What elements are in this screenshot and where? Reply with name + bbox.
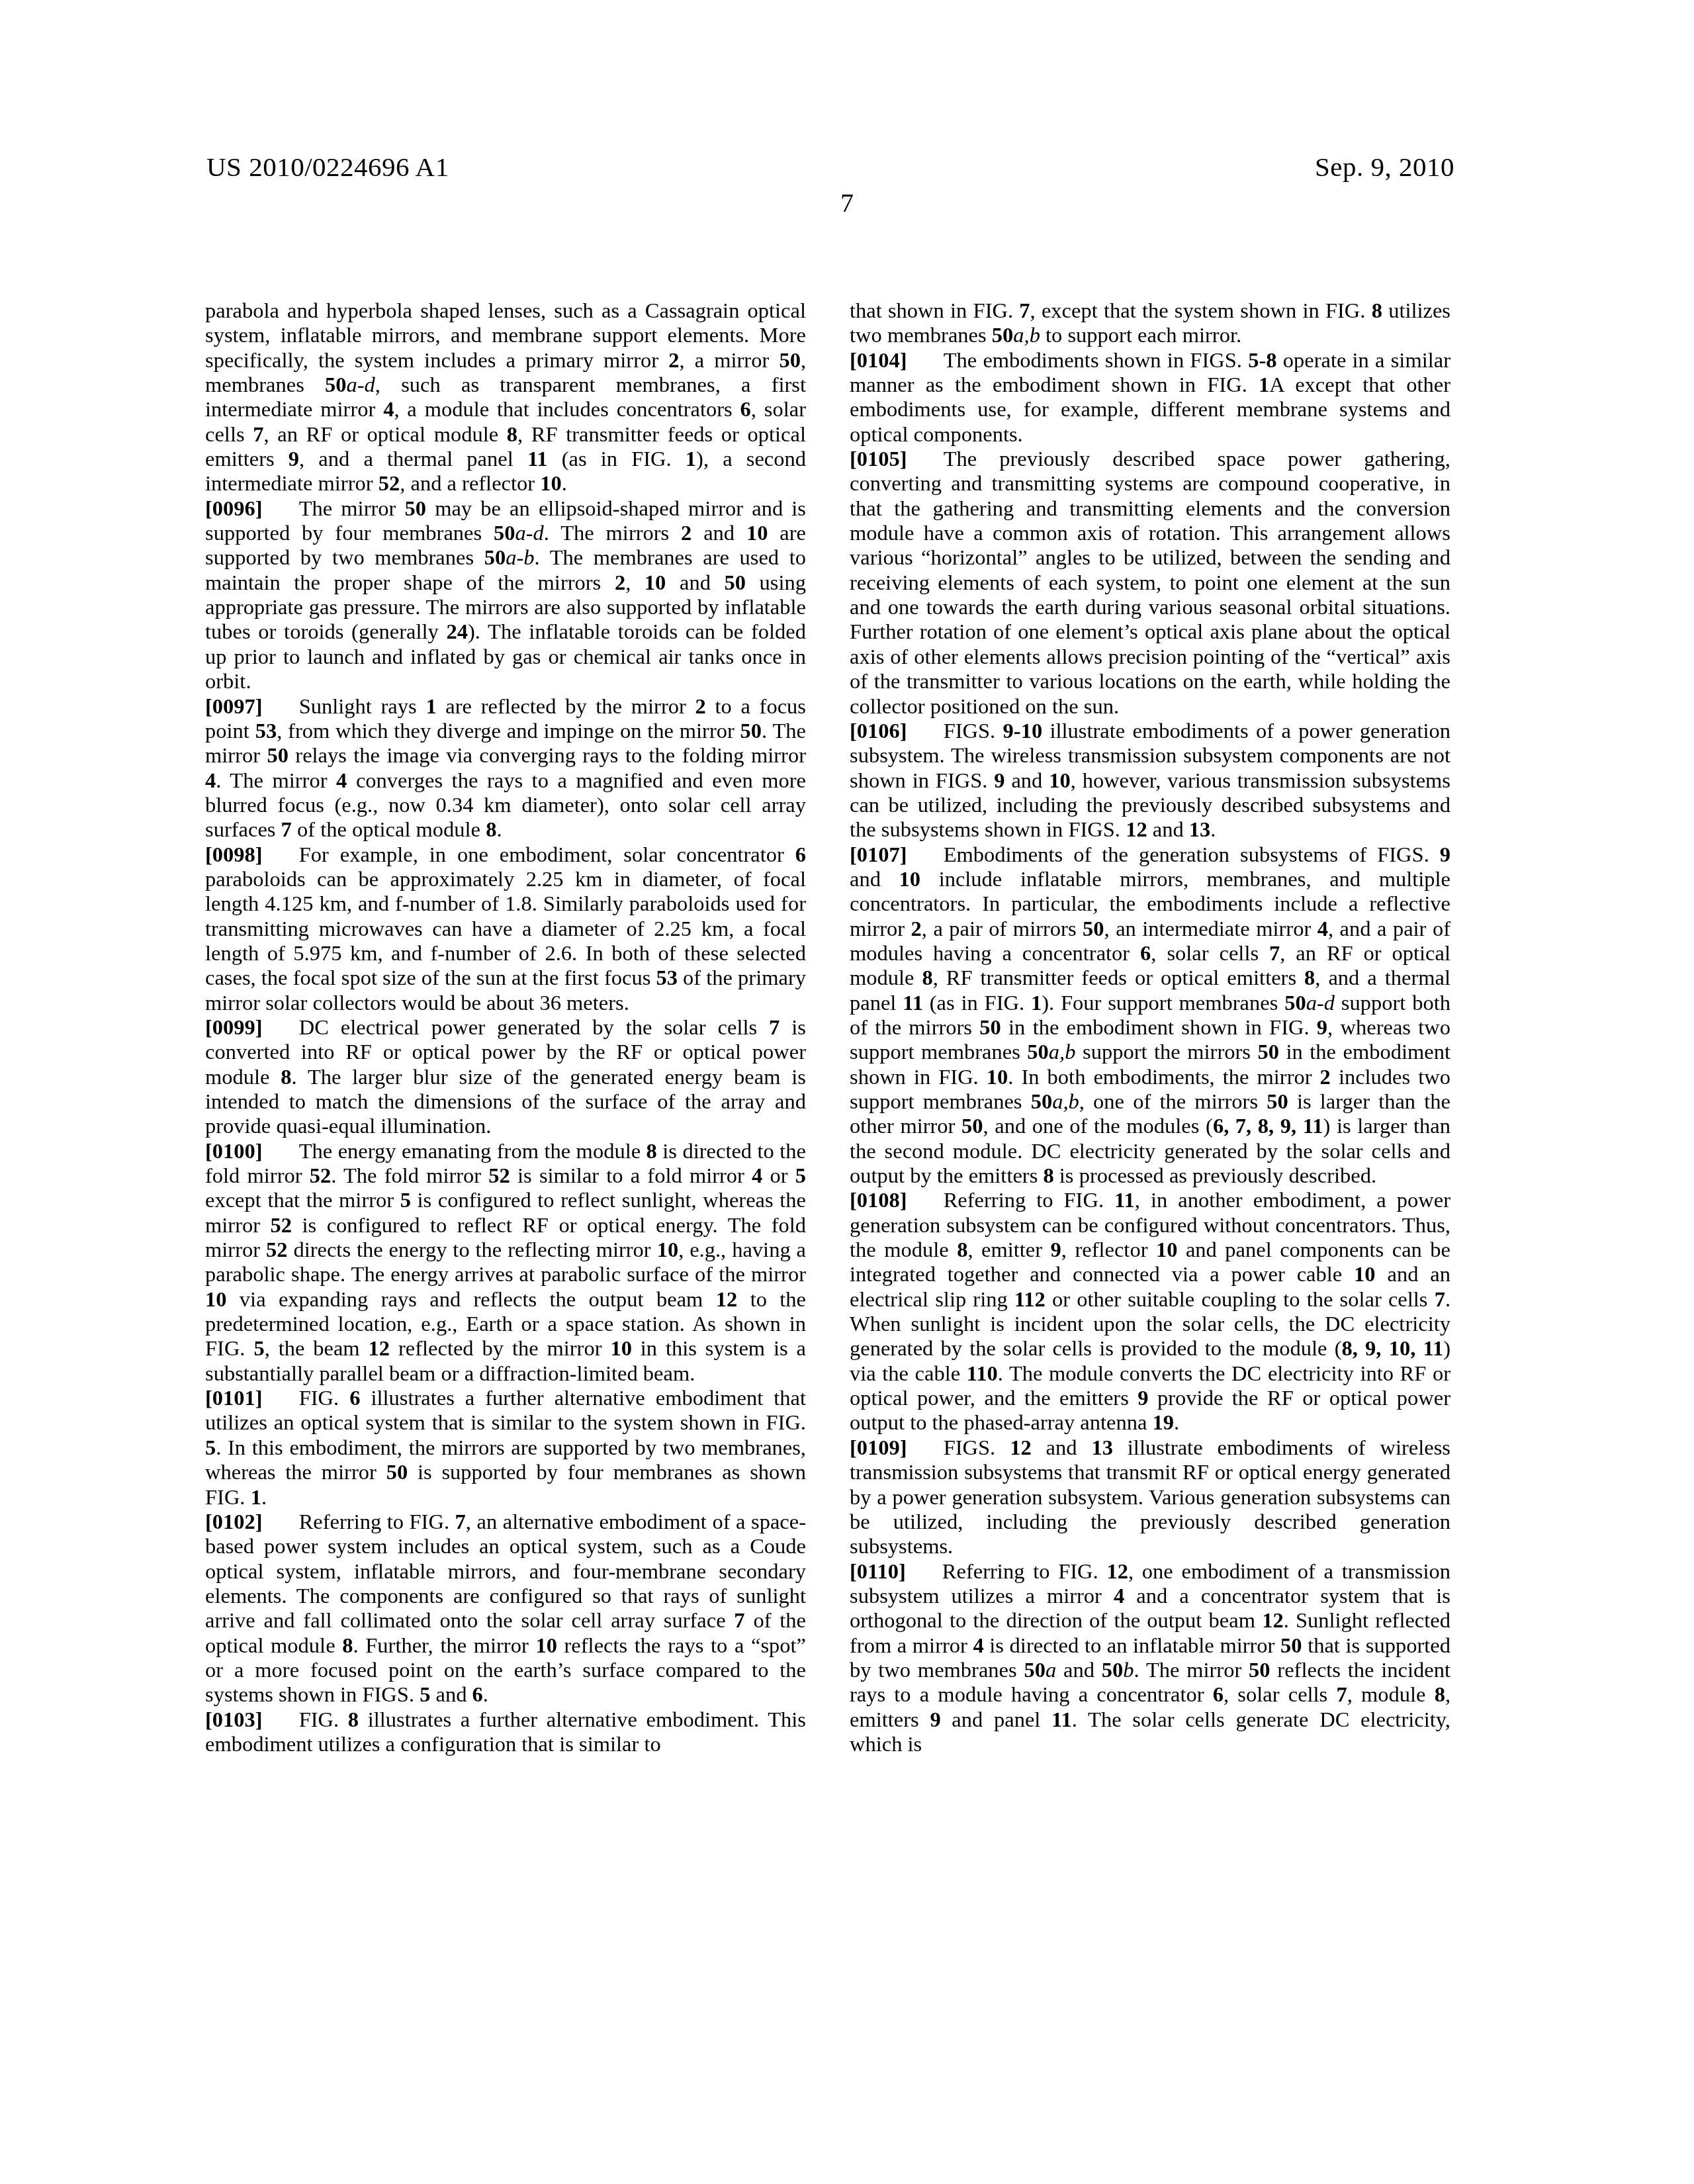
paragraph: that shown in FIG. 7, except that the sy… — [850, 299, 1450, 349]
paragraph: [0105]The previously described space pow… — [850, 447, 1450, 719]
paragraph-number: [0099] — [205, 1016, 263, 1040]
paragraph-number: [0104] — [850, 349, 907, 373]
paragraph-text: Referring to FIG. 11, in another embodim… — [850, 1189, 1450, 1435]
paragraph: [0101]FIG. 6 illustrates a further alter… — [205, 1387, 806, 1510]
paragraph-text: that shown in FIG. 7, except that the sy… — [850, 299, 1450, 347]
paragraph-text: The embodiments shown in FIGS. 5-8 opera… — [850, 349, 1450, 447]
paragraph: [0108]Referring to FIG. 11, in another e… — [850, 1189, 1450, 1435]
paragraph-number: [0100] — [205, 1140, 263, 1163]
paragraph-number: [0102] — [205, 1510, 263, 1534]
paragraph-number: [0106] — [850, 719, 907, 743]
page-number: 7 — [0, 187, 1694, 218]
paragraph-number: [0105] — [850, 447, 907, 471]
paragraph-text: DC electrical power generated by the sol… — [205, 1016, 806, 1138]
paragraph-text: Referring to FIG. 7, an alternative embo… — [205, 1510, 806, 1707]
paragraph-number: [0107] — [850, 843, 907, 867]
paragraph-text: The energy emanating from the module 8 i… — [205, 1140, 806, 1386]
paragraph: [0107]Embodiments of the generation subs… — [850, 843, 1450, 1189]
paragraph-text: The mirror 50 may be an ellipsoid-shaped… — [205, 497, 806, 694]
paragraph-number: [0103] — [205, 1708, 263, 1732]
paragraph: [0099]DC electrical power generated by t… — [205, 1016, 806, 1140]
paragraph-number: [0109] — [850, 1436, 907, 1460]
paragraph-text: Referring to FIG. 12, one embodiment of … — [850, 1560, 1450, 1756]
paragraph-text: FIGS. 9-10 illustrate embodiments of a p… — [850, 719, 1450, 842]
paragraph: [0110]Referring to FIG. 12, one embodime… — [850, 1560, 1450, 1758]
paragraph-number: [0101] — [205, 1387, 263, 1410]
paragraph: [0098]For example, in one embodiment, so… — [205, 843, 806, 1016]
paragraph-number: [0098] — [205, 843, 263, 867]
paragraph: [0100]The energy emanating from the modu… — [205, 1140, 806, 1387]
paragraph-text: The previously described space power gat… — [850, 447, 1450, 718]
paragraph: [0104]The embodiments shown in FIGS. 5-8… — [850, 349, 1450, 447]
publication-date: Sep. 9, 2010 — [1315, 151, 1454, 183]
paragraph-text: Sunlight rays 1 are reflected by the mir… — [205, 695, 806, 842]
paragraph-text: Embodiments of the generation subsystems… — [850, 843, 1450, 1188]
paragraph-number: [0110] — [850, 1560, 906, 1584]
column-left: parabola and hyperbola shaped lenses, su… — [205, 299, 806, 1757]
paragraph: [0096]The mirror 50 may be an ellipsoid-… — [205, 497, 806, 695]
column-right: that shown in FIG. 7, except that the sy… — [850, 299, 1450, 1757]
paragraph-number: [0096] — [205, 497, 263, 521]
paragraph-text: FIG. 6 illustrates a further alternative… — [205, 1387, 806, 1509]
paragraph: [0102]Referring to FIG. 7, an alternativ… — [205, 1510, 806, 1708]
paragraph-text: FIG. 8 illustrates a further alternative… — [205, 1708, 806, 1756]
paragraph-number: [0108] — [850, 1189, 907, 1212]
paragraph: [0106]FIGS. 9-10 illustrate embodiments … — [850, 719, 1450, 843]
paragraph-text: parabola and hyperbola shaped lenses, su… — [205, 299, 806, 496]
paragraph-text: FIGS. 12 and 13 illustrate embodiments o… — [850, 1436, 1450, 1559]
paragraph: parabola and hyperbola shaped lenses, su… — [205, 299, 806, 497]
paragraph-text: For example, in one embodiment, solar co… — [205, 843, 806, 1015]
paragraph: [0109]FIGS. 12 and 13 illustrate embodim… — [850, 1436, 1450, 1560]
patent-number: US 2010/0224696 A1 — [206, 151, 449, 183]
paragraph: [0103]FIG. 8 illustrates a further alter… — [205, 1708, 806, 1758]
paragraph: [0097]Sunlight rays 1 are reflected by t… — [205, 695, 806, 843]
paragraph-number: [0097] — [205, 695, 263, 719]
